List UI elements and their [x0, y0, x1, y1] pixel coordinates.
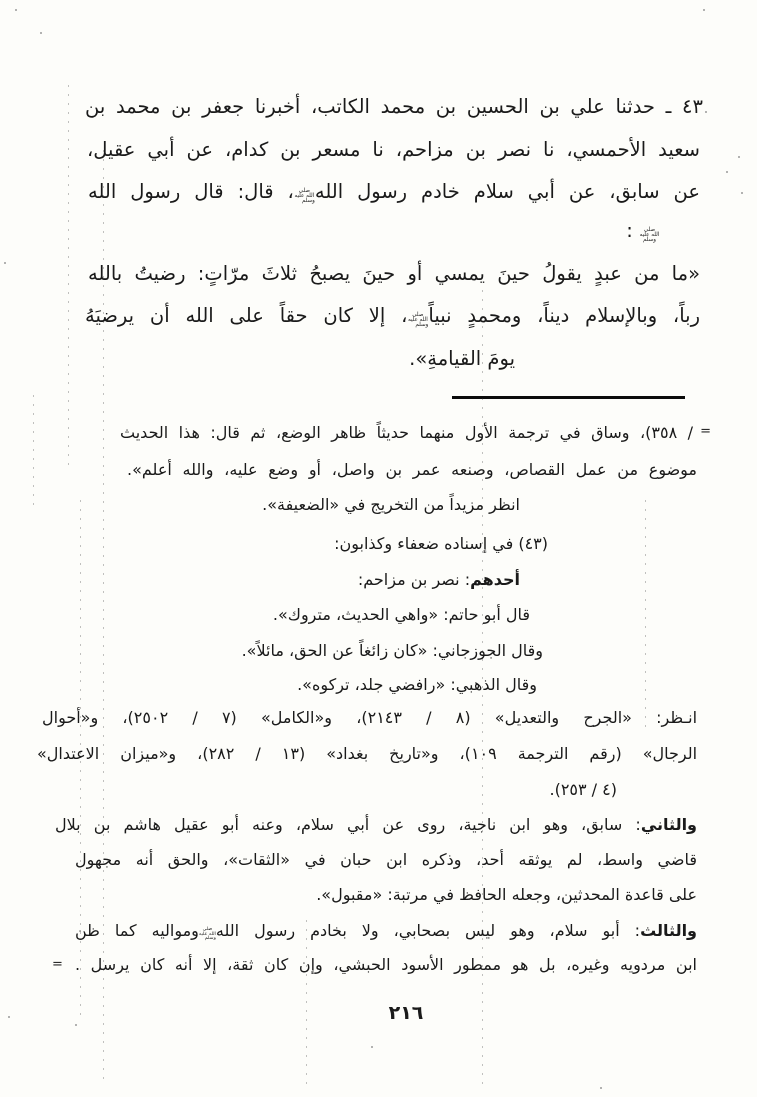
hadith-line-2: رباً، وبالإسلام ديناً، ومحمدٍ نبياًصلى ا…	[85, 301, 700, 331]
quote-jawzajani: وقال الجوزجاني: «كان زائغاً عن الحق، مائ…	[242, 638, 543, 664]
isnad-line-1: ٤٣ ـ حدثنا علي بن الحسين بن محمد الكاتب،…	[85, 92, 703, 122]
isnad-line-3-tail: ، قال: قال رسول الله	[88, 180, 294, 203]
second-narrator-line-3: على قاعدة المحدثين، وجعله الحافظ في مرتب…	[316, 882, 697, 908]
salla-symbol: صلى الله عليه وسلم	[407, 313, 428, 328]
hadith-line-1: «ما من عبدٍ يقولُ حينَ يمسي أو حينَ يصبح…	[88, 259, 700, 289]
first-narrator-text: : نصر بن مزاحم:	[358, 570, 470, 589]
scan-speck	[741, 192, 743, 194]
first-narrator-label: أحدهم	[470, 570, 520, 589]
footnote-43-heading: (٤٣) في إسناده ضعفاء وكذابون:	[334, 531, 548, 557]
scan-speck	[15, 9, 17, 11]
third-narrator-tail: ومواليه كما ظن	[75, 921, 199, 940]
third-narrator-text: : أبو سلام، وهو ليس بصحابي، ولا بخادم رس…	[216, 921, 640, 940]
scan-speck	[703, 9, 705, 11]
second-narrator-label: والثاني	[641, 815, 697, 834]
scan-fold-line	[645, 500, 646, 730]
footnote-continuation-start-marker: =	[700, 424, 710, 439]
second-narrator-text: : سابق، وهو ابن ناجية، روى عن أبي سلام، …	[55, 815, 641, 834]
scan-speck	[40, 32, 42, 34]
footnote-cont-line-2: موضوع من عمل القصاص، وصنعه عمر بن واصل، …	[127, 457, 697, 483]
hadith-line-2-tail: ، إلا كان حقاً على الله أن يرضيَهُ	[85, 304, 407, 327]
salla-symbol: صلى الله عليه وسلم	[639, 228, 660, 243]
third-narrator-label: والثالث	[640, 921, 697, 940]
scan-speck	[8, 1016, 10, 1018]
salla-symbol: صلى الله عليه وسلم	[294, 189, 315, 204]
footnote-cont-line-1: / ٣٥٨)، وساق في ترجمة الأول منهما حديثاً…	[120, 420, 693, 446]
scan-speck	[738, 156, 740, 158]
colon: :	[626, 219, 633, 242]
footnote-separator-rule	[452, 396, 685, 399]
quote-abu-hatim: قال أبو حاتم: «واهي الحديث، متروك».	[273, 602, 530, 628]
footnote-continuation-end-marker: =	[52, 957, 62, 972]
scan-fold-line	[482, 290, 483, 1090]
scan-fold-line	[68, 85, 69, 465]
salla-symbol: صلى الله عليه وسلم	[199, 928, 216, 941]
scan-fold-line	[80, 500, 81, 1020]
second-narrator-line-1: والثاني: سابق، وهو ابن ناجية، روى عن أبي…	[55, 812, 697, 838]
isnad-line-3: عن سابق، عن أبي سلام خادم رسول اللهصلى ا…	[88, 177, 700, 207]
scan-fold-line	[33, 395, 34, 505]
hadith-line-3: يومَ القيامةِ».	[409, 344, 515, 374]
hadith-line-2-text: رباً، وبالإسلام ديناً، ومحمدٍ نبياً	[428, 304, 700, 327]
scan-speck	[371, 1046, 373, 1048]
isnad-line-3-text: عن سابق، عن أبي سلام خادم رسول الله	[315, 180, 700, 203]
scan-fold-line	[103, 150, 104, 1080]
third-narrator-line-1: والثالث: أبو سلام، وهو ليس بصحابي، ولا ب…	[75, 918, 697, 944]
third-narrator-line-2: ابن مردويه وغيره، بل هو ممطور الأسود الح…	[75, 952, 697, 978]
scan-speck	[75, 1024, 77, 1026]
scan-speck	[600, 1087, 602, 1089]
references-line-1: انـظر: «الجرح والتعديل» (٨ / ٢١٤٣)، و«ال…	[42, 705, 697, 731]
scan-fold-line	[306, 920, 307, 1085]
scan-speck	[726, 171, 728, 173]
references-line-3: (٤ / ٢٥٣).	[549, 777, 617, 803]
isnad-line-2: سعيد الأحمسي، نا نصر بن مزاحم، نا مسعر ب…	[87, 135, 700, 165]
quote-dhahabi: وقال الذهبي: «رافضي جلد، تركوه».	[297, 672, 537, 698]
footnote-43-first-narrator: أحدهم: نصر بن مزاحم:	[358, 567, 520, 593]
second-narrator-line-2: قاضي واسط، لم يوثقه أحد، وذكره ابن حبان …	[75, 847, 697, 873]
scanned-book-page: ٤٣ ـ حدثنا علي بن الحسين بن محمد الكاتب،…	[0, 0, 757, 1097]
isnad-line-4: صلى الله عليه وسلم :	[626, 216, 660, 246]
references-line-2: الرجال» (رقم الترجمة ١٠٩)، و«تاريخ بغداد…	[37, 741, 697, 767]
page-number: ٢١٦	[383, 1002, 429, 1024]
scan-speck	[705, 111, 707, 113]
scan-speck	[4, 262, 6, 264]
